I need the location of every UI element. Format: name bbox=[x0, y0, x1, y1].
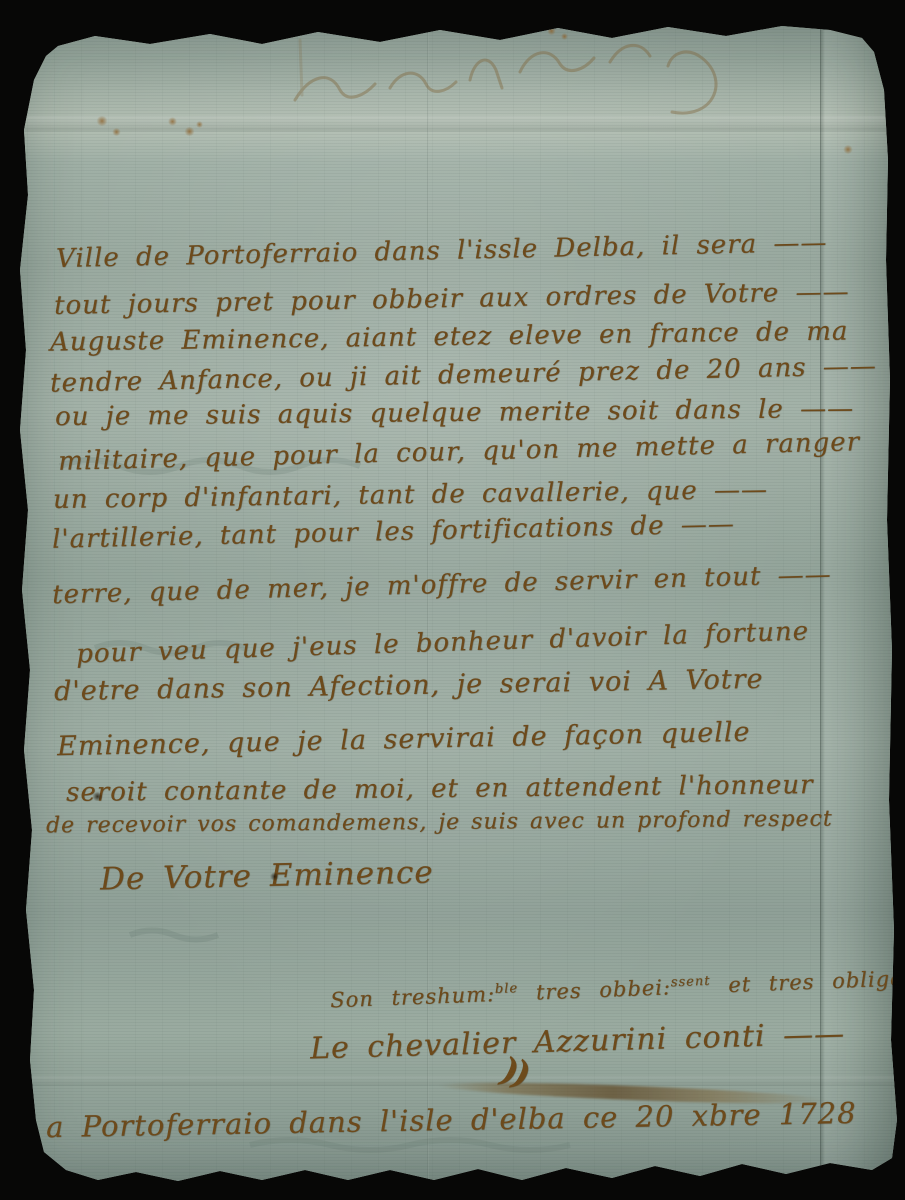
closing-superscript: ble bbox=[495, 981, 519, 997]
rust-stain bbox=[96, 116, 108, 126]
valediction: De Votre Eminence bbox=[100, 855, 434, 898]
scan-background: Ville de Portoferraio dans l'issle Delba… bbox=[0, 0, 905, 1200]
rust-stain bbox=[112, 128, 121, 136]
ink-blot bbox=[270, 872, 279, 881]
ink-blot bbox=[92, 792, 103, 801]
rust-stain bbox=[561, 33, 568, 40]
rust-stain bbox=[184, 127, 195, 136]
rust-stain bbox=[168, 117, 177, 126]
rust-stain bbox=[843, 145, 853, 154]
closing-superscript: ssent bbox=[670, 974, 710, 991]
rust-stain bbox=[196, 121, 203, 128]
letter-paper: Ville de Portoferraio dans l'issle Delba… bbox=[0, 0, 905, 1200]
rust-stain bbox=[547, 27, 556, 35]
